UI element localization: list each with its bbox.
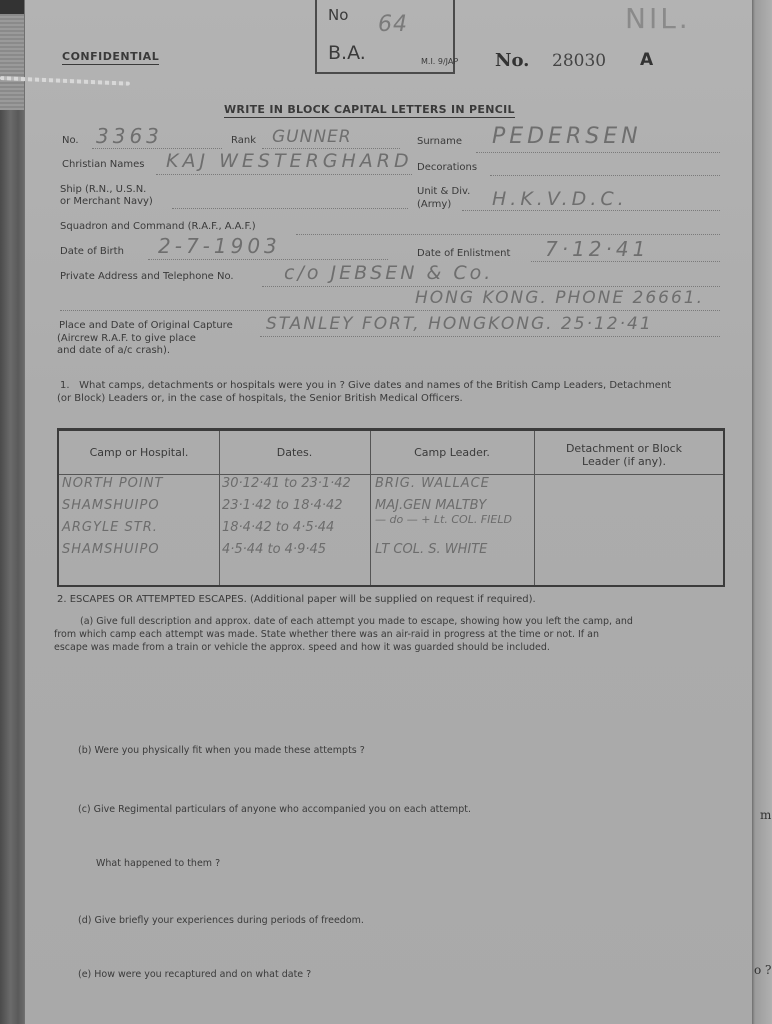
number-value[interactable]: 3363 [96,124,163,148]
th-camp: Camp or Hospital. [59,431,219,474]
th-dates: Dates. [219,431,370,474]
christian-names-label: Christian Names [62,159,144,170]
q2b-answer-area[interactable] [78,762,708,802]
table-cell-dates: 18·4·42 to 4·5·44 [222,520,334,535]
ref-prefix: M.I. 9/JAP [421,57,458,66]
instruction-heading: WRITE IN BLOCK CAPITAL LETTERS IN PENCIL [224,103,515,118]
q2c-followup-answer-area[interactable] [96,874,706,908]
q2b: (b) Were you physically fit when you mad… [78,745,365,756]
capture-label-1: Place and Date of Original Capture [59,320,233,331]
q1-text-2: (or Block) Leaders or, in the case of ho… [57,393,463,404]
q1-number: 1. [60,380,70,391]
q2a-line3: escape was made from a train or vehicle … [54,642,550,653]
table-cell-leader: — do — + Lt. COL. FIELD [375,513,535,526]
decorations-label: Decorations [417,162,477,173]
table-cell-dates: 23·1·42 to 18·4·42 [222,498,343,513]
q2c: (c) Give Regimental particulars of anyon… [78,804,471,815]
date-of-birth-value[interactable]: 2-7-1903 [158,234,281,258]
q2a-line1: (a) Give full description and approx. da… [80,616,633,627]
address-label: Private Address and Telephone No. [60,271,234,282]
form-suffix: A [640,50,653,70]
table-cell-dates: 30·12·41 to 23·1·42 [222,476,351,491]
table-cell-camp: ARGYLE STR. [62,520,158,535]
stamp-no-label: No [328,6,348,24]
date-of-birth-label: Date of Birth [60,246,124,257]
number-label: No. [62,135,79,146]
unit-label-2: (Army) [417,199,451,210]
rank-value[interactable]: GUNNER [272,127,352,147]
q2-title: 2. ESCAPES OR ATTEMPTED ESCAPES. (Additi… [57,594,536,605]
q2c-answer-area[interactable] [78,820,708,850]
nil-annotation: NIL. [625,2,691,35]
edge-fragment: m [760,808,771,822]
ship-label-2: or Merchant Navy) [60,196,153,207]
table-cell-camp: NORTH POINT [62,476,163,491]
q2a-line2: from which camp each attempt was made. S… [54,629,599,640]
q2e: (e) How were you recaptured and on what … [78,969,311,980]
table-cell-leader: LT COL. S. WHITE [375,542,487,557]
stamp-ba-label: B.A. [328,42,366,64]
q1-text-1: What camps, detachments or hospitals wer… [79,380,671,391]
table-cell-dates: 4·5·44 to 4·9·45 [222,542,326,557]
q2d-answer-area[interactable] [78,932,708,966]
address-value-line2[interactable]: HONG KONG. PHONE 26661. [415,288,704,308]
q2d: (d) Give briefly your experiences during… [78,915,364,926]
capture-label-2: (Aircrew R.A.F. to give place [57,333,196,344]
edge-fragment: o ? [754,963,771,977]
unit-value[interactable]: H.K.V.D.C. [492,188,628,210]
capture-label-3: and date of a/c crash). [57,345,170,356]
table-cell-leader: MAJ.GEN MALTBY [375,498,486,513]
th-camp-leader: Camp Leader. [370,431,534,474]
table-cell-camp: SHAMSHUIPO [62,542,160,557]
q2e-answer-area[interactable] [78,986,708,1020]
confidential-label: CONFIDENTIAL [62,50,159,65]
no-label: No. [495,50,529,71]
surname-label: Surname [417,136,462,147]
q2a-answer-area[interactable] [54,660,714,730]
date-of-enlistment-label: Date of Enlistment [417,248,510,259]
unit-label-1: Unit & Div. [417,186,470,197]
address-value-line1[interactable]: c/o JEBSEN & Co. [284,262,493,284]
ship-label-1: Ship (R.N., U.S.N. [60,184,146,195]
rank-label: Rank [231,135,256,146]
form-number: 28030 [552,51,606,71]
camps-table: Camp or Hospital. Dates. Camp Leader. De… [57,428,725,587]
christian-names-value[interactable]: KAJ WESTERGHARD [166,150,413,172]
squadron-label: Squadron and Command (R.A.F., A.A.F.) [60,221,256,232]
surname-value[interactable]: PEDERSEN [492,124,642,149]
date-of-enlistment-value[interactable]: 7·12·41 [545,237,649,261]
stamp-no-value: 64 [378,12,408,37]
capture-value[interactable]: STANLEY FORT, HONGKONG. 25·12·41 [266,314,653,334]
underlying-page-edge: m o ? [752,0,772,1024]
table-cell-leader: BRIG. WALLACE [375,476,490,491]
th-detachment: Detachment or Block Leader (if any). [549,433,699,476]
q1-line1: 1. What camps, detachments or hospitals … [60,380,671,391]
q2c-followup: What happened to them ? [96,858,220,869]
table-cell-camp: SHAMSHUIPO [62,498,160,513]
